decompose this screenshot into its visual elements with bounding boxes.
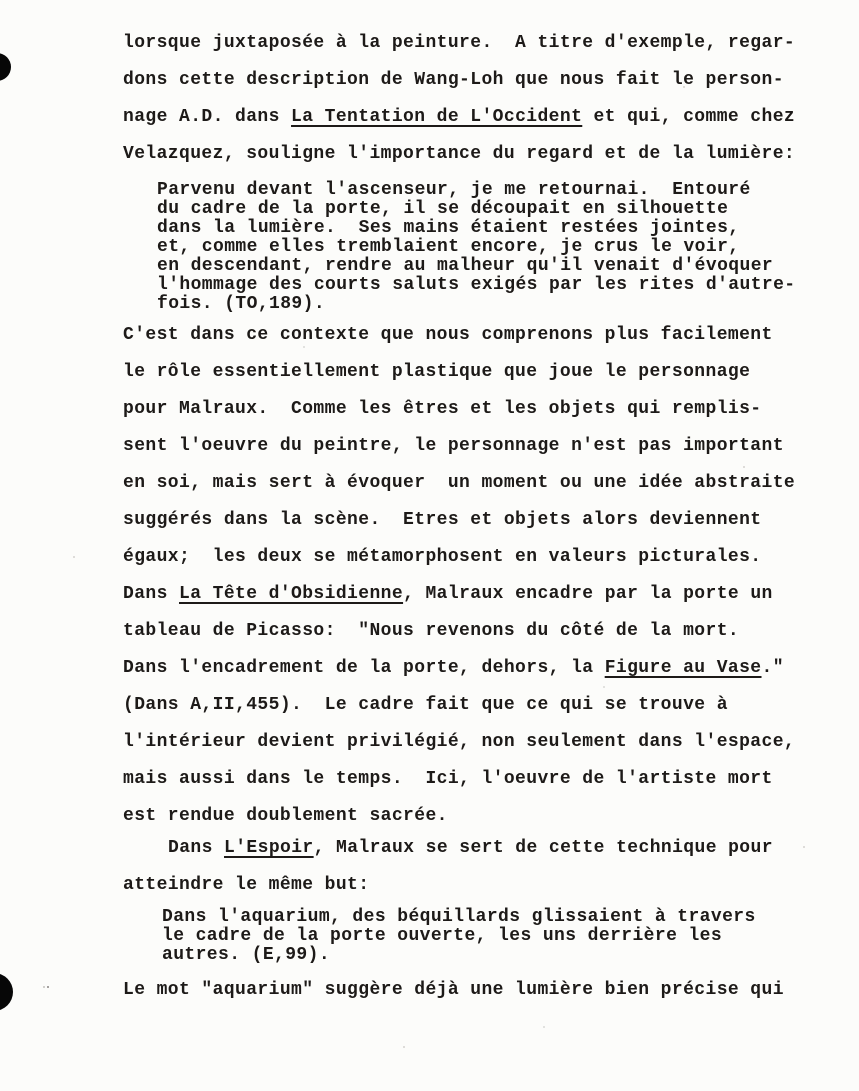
text-line: l'hommage des courts saluts exigés par l… xyxy=(157,276,796,295)
text-segment: et qui, comme chez xyxy=(582,107,795,127)
text-line: le rôle essentiellement plastique que jo… xyxy=(123,354,795,391)
text-line: autres. (E,99). xyxy=(162,946,756,965)
paragraph-context: C'est dans ce contexte que nous compreno… xyxy=(123,317,795,835)
text-segment: ." xyxy=(762,658,784,678)
text-line: Parvenu devant l'ascenseur, je me retour… xyxy=(157,181,796,200)
text-line: pour Malraux. Comme les êtres et les obj… xyxy=(123,391,795,428)
text-segment: , Malraux encadre par la porte un xyxy=(403,584,773,604)
text-line: Dans l'aquarium, des béquillards glissai… xyxy=(162,908,756,927)
text-line: sent l'oeuvre du peintre, le personnage … xyxy=(123,428,795,465)
block-quote-tentation: Parvenu devant l'ascenseur, je me retour… xyxy=(157,181,796,314)
text-line: dans la lumière. Ses mains étaient resté… xyxy=(157,219,796,238)
text-line: (Dans A,II,455). Le cadre fait que ce qu… xyxy=(123,687,795,724)
text-segment: Dans xyxy=(123,584,179,604)
book-title-underlined: L'Espoir xyxy=(224,838,314,858)
text-line: tableau de Picasso: "Nous revenons du cô… xyxy=(123,613,795,650)
book-title-underlined: La Tête d'Obsidienne xyxy=(179,584,403,604)
text-line: dons cette description de Wang-Loh que n… xyxy=(123,62,795,99)
text-segment: Dans l'encadrement de la porte, dehors, … xyxy=(123,658,605,678)
text-segment: nage A.D. dans xyxy=(123,107,291,127)
text-line: atteindre le même but: xyxy=(123,867,773,904)
text-line: fois. (TO,189). xyxy=(157,295,796,314)
book-title-underlined: La Tentation de L'Occident xyxy=(291,107,582,127)
text-line: Dans L'Espoir, Malraux se sert de cette … xyxy=(123,830,773,867)
text-line: mais aussi dans le temps. Ici, l'oeuvre … xyxy=(123,761,795,798)
block-quote-espoir: Dans l'aquarium, des béquillards glissai… xyxy=(162,908,756,965)
paragraph-closing: Le mot "aquarium" suggère déjà une lumiè… xyxy=(123,972,784,1009)
text-line: Velazquez, souligne l'importance du rega… xyxy=(123,136,795,173)
text-line: en descendant, rendre au malheur qu'il v… xyxy=(157,257,796,276)
text-line: en soi, mais sert à évoquer un moment ou… xyxy=(123,465,795,502)
text-line: nage A.D. dans La Tentation de L'Occiden… xyxy=(123,99,795,136)
artwork-title-underlined: Figure au Vase xyxy=(605,658,762,678)
text-line: lorsque juxtaposée à la peinture. A titr… xyxy=(123,25,795,62)
paragraph-espoir: Dans L'Espoir, Malraux se sert de cette … xyxy=(123,830,773,904)
text-line: Le mot "aquarium" suggère déjà une lumiè… xyxy=(123,972,784,1009)
text-line: suggérés dans la scène. Etres et objets … xyxy=(123,502,795,539)
text-line: C'est dans ce contexte que nous compreno… xyxy=(123,317,795,354)
hole-punch-mark-top xyxy=(0,53,11,81)
text-line: l'intérieur devient privilégié, non seul… xyxy=(123,724,795,761)
text-line: et, comme elles tremblaient encore, je c… xyxy=(157,238,796,257)
text-line: Dans l'encadrement de la porte, dehors, … xyxy=(123,650,795,687)
text-segment: , Malraux se sert de cette technique pou… xyxy=(314,838,773,858)
text-line: Dans La Tête d'Obsidienne, Malraux encad… xyxy=(123,576,795,613)
text-segment: Dans xyxy=(168,838,224,858)
text-line: égaux; les deux se métamorphosent en val… xyxy=(123,539,795,576)
hole-punch-mark-bottom xyxy=(0,973,13,1011)
text-line: le cadre de la porte ouverte, les uns de… xyxy=(162,927,756,946)
scan-speckles xyxy=(43,986,45,988)
text-line: du cadre de la porte, il se découpait en… xyxy=(157,200,796,219)
scanned-page: lorsque juxtaposée à la peinture. A titr… xyxy=(0,0,859,1091)
paragraph-opening: lorsque juxtaposée à la peinture. A titr… xyxy=(123,25,795,173)
